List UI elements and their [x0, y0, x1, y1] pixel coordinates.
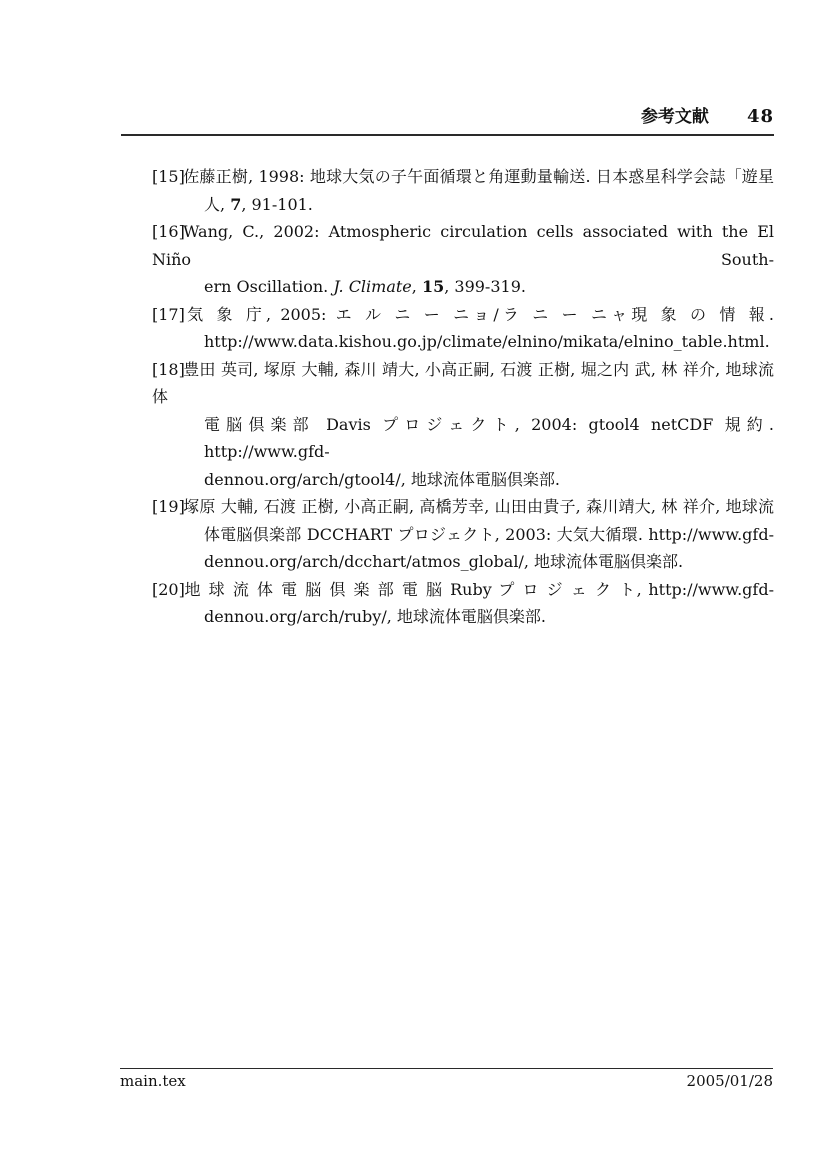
- page-number: 48: [747, 106, 774, 128]
- reference-text: 塚原 大輔, 石渡 正樹, 小高正嗣, 高橋芳幸, 山田由貴子, 森川靖大, 林…: [183, 497, 774, 516]
- reference-text: , 399-319.: [444, 277, 526, 296]
- reference-url: http://www.data.kishou.go.jp/climate/eln…: [204, 332, 770, 351]
- volume-number: 15: [422, 277, 444, 296]
- reference-line: [16]Wang, C., 2002: Atmospheric circulat…: [152, 218, 774, 273]
- reference-entry-20: [20]地 球 流 体 電 脳 倶 楽 部 電 脳 Ruby プ ロ ジ ェ ク…: [120, 576, 774, 631]
- reference-entry-17: [17]気 象 庁, 2005: エ ル ニ ー ニョ/ラ ニ ー ニャ現 象 …: [120, 301, 774, 356]
- reference-line: 人, 7, 91-101.: [120, 191, 774, 219]
- volume-number: 7: [230, 195, 241, 214]
- reference-text: ern Oscillation.: [204, 277, 333, 296]
- footer-filename: main.tex: [120, 1071, 186, 1091]
- reference-line: dennou.org/arch/dcchart/atmos_global/, 地…: [120, 548, 774, 576]
- reference-url: dennou.org/arch/gtool4/, 地球流体電脳倶楽部.: [204, 470, 560, 489]
- reference-line: dennou.org/arch/gtool4/, 地球流体電脳倶楽部.: [120, 466, 774, 494]
- reference-line: [20]地 球 流 体 電 脳 倶 楽 部 電 脳 Ruby プ ロ ジ ェ ク…: [152, 576, 774, 604]
- reference-label: [20]: [152, 576, 183, 604]
- reference-text: 豊田 英司, 塚原 大輔, 森川 靖大, 小高正嗣, 石渡 正樹, 堀之内 武,…: [152, 360, 774, 407]
- references-list: [15]佐藤正樹, 1998: 地球大気の子午面循環と角運動量輸送. 日本惑星科…: [120, 163, 774, 631]
- reference-line: 体電脳倶楽部 DCCHART プロジェクト, 2003: 大気大循環. http…: [120, 521, 774, 549]
- header-section-title: 参考文献: [641, 106, 709, 128]
- journal-title: J. Climate: [333, 277, 411, 296]
- reference-url: dennou.org/arch/ruby/, 地球流体電脳倶楽部.: [204, 607, 546, 626]
- reference-label: [17]: [152, 301, 183, 329]
- reference-text: 佐藤正樹, 1998: 地球大気の子午面循環と角運動量輸送. 日本惑星科学会誌「…: [183, 167, 774, 186]
- reference-label: [15]: [152, 163, 183, 191]
- reference-url: dennou.org/arch/dcchart/atmos_global/, 地…: [204, 552, 683, 571]
- document-page: 参考文献 48 [15]佐藤正樹, 1998: 地球大気の子午面循環と角運動量輸…: [0, 0, 826, 1169]
- reference-entry-15: [15]佐藤正樹, 1998: 地球大気の子午面循環と角運動量輸送. 日本惑星科…: [120, 163, 774, 218]
- footer-date: 2005/01/28: [687, 1071, 773, 1091]
- header-rule: [121, 134, 774, 136]
- reference-line: [18]豊田 英司, 塚原 大輔, 森川 靖大, 小高正嗣, 石渡 正樹, 堀之…: [152, 356, 774, 411]
- reference-label: [18]: [152, 356, 183, 384]
- reference-text: 地 球 流 体 電 脳 倶 楽 部 電 脳 Ruby プ ロ ジ ェ ク ト, …: [183, 580, 774, 599]
- reference-text: 電脳倶楽部 Davis プロジェクト, 2004: gtool4 netCDF …: [204, 415, 774, 462]
- reference-label: [19]: [152, 493, 183, 521]
- reference-line: dennou.org/arch/ruby/, 地球流体電脳倶楽部.: [120, 603, 774, 631]
- reference-text: ,: [412, 277, 422, 296]
- reference-entry-18: [18]豊田 英司, 塚原 大輔, 森川 靖大, 小高正嗣, 石渡 正樹, 堀之…: [120, 356, 774, 494]
- reference-entry-16: [16]Wang, C., 2002: Atmospheric circulat…: [120, 218, 774, 301]
- reference-line: [19]塚原 大輔, 石渡 正樹, 小高正嗣, 高橋芳幸, 山田由貴子, 森川靖…: [152, 493, 774, 521]
- reference-text: 体電脳倶楽部 DCCHART プロジェクト, 2003: 大気大循環. http…: [204, 525, 774, 544]
- reference-entry-19: [19]塚原 大輔, 石渡 正樹, 小高正嗣, 高橋芳幸, 山田由貴子, 森川靖…: [120, 493, 774, 576]
- reference-text: , 91-101.: [241, 195, 313, 214]
- footer-rule: [120, 1068, 773, 1069]
- reference-label: [16]: [152, 218, 183, 246]
- reference-text: 人,: [204, 195, 230, 214]
- reference-text: 気 象 庁, 2005: エ ル ニ ー ニョ/ラ ニ ー ニャ現 象 の 情 …: [183, 305, 774, 324]
- reference-line: [17]気 象 庁, 2005: エ ル ニ ー ニョ/ラ ニ ー ニャ現 象 …: [152, 301, 774, 329]
- page-header: 参考文献 48: [120, 106, 774, 128]
- page-footer: main.tex 2005/01/28: [120, 1071, 773, 1091]
- reference-line: http://www.data.kishou.go.jp/climate/eln…: [120, 328, 774, 356]
- reference-line: 電脳倶楽部 Davis プロジェクト, 2004: gtool4 netCDF …: [120, 411, 774, 466]
- reference-line: [15]佐藤正樹, 1998: 地球大気の子午面循環と角運動量輸送. 日本惑星科…: [152, 163, 774, 191]
- reference-line: ern Oscillation. J. Climate, 15, 399-319…: [120, 273, 774, 301]
- reference-text: Wang, C., 2002: Atmospheric circulation …: [152, 222, 774, 269]
